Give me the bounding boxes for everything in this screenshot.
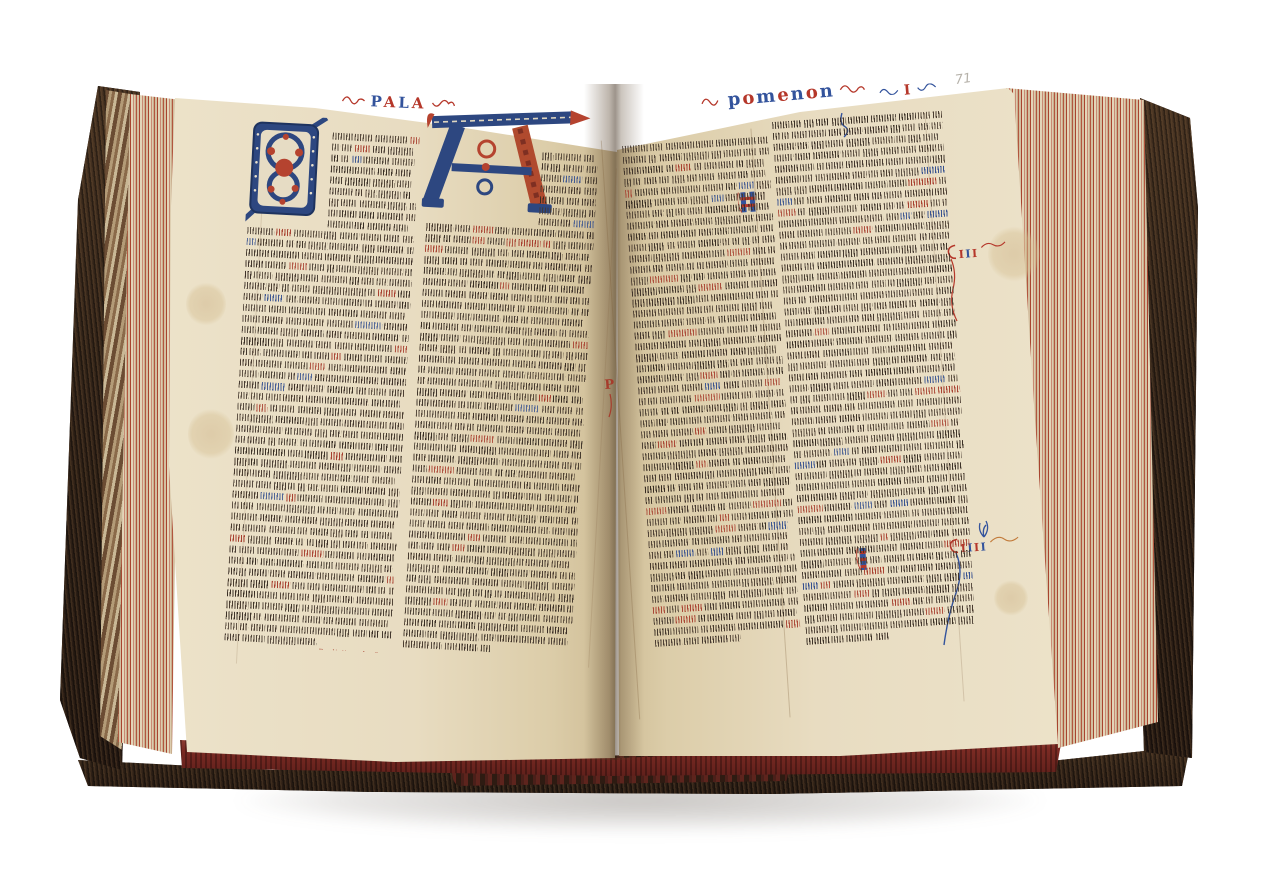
word-strokes: [336, 550, 354, 559]
word-strokes: [450, 500, 459, 509]
word-strokes: [929, 264, 952, 272]
letter: P: [370, 92, 384, 111]
word-strokes: [765, 587, 784, 595]
word-strokes: [658, 440, 677, 448]
word-strokes: [342, 155, 350, 162]
word-strokes: [297, 483, 305, 492]
word-strokes: [328, 309, 340, 316]
word-strokes: [623, 167, 640, 175]
word-strokes: [437, 532, 465, 540]
word-strokes: [574, 496, 580, 503]
word-strokes: [269, 305, 286, 313]
word-strokes: [322, 584, 347, 592]
word-strokes: [805, 471, 827, 479]
word-strokes: [691, 195, 710, 205]
word-strokes: [827, 172, 850, 180]
word-strokes: [444, 477, 456, 484]
word-strokes: [787, 351, 802, 359]
blue-penwork-flourish-icon: [916, 82, 937, 92]
word-strokes: [416, 410, 425, 417]
word-strokes: [723, 381, 739, 389]
word-strokes: [799, 527, 813, 535]
letter: I: [903, 82, 912, 99]
word-strokes: [852, 171, 866, 179]
word-strokes: [288, 372, 295, 379]
word-strokes: [528, 306, 548, 314]
word-strokes: [883, 324, 890, 331]
word-strokes: [730, 258, 749, 268]
word-strokes: [340, 210, 357, 218]
word-strokes: [853, 347, 869, 355]
word-strokes: [667, 362, 692, 370]
word-strokes: [510, 261, 531, 269]
word-strokes: [841, 270, 866, 278]
word-strokes: [794, 197, 804, 204]
word-strokes: [420, 333, 439, 342]
word-strokes: [519, 239, 541, 247]
word-strokes: [506, 426, 525, 434]
word-strokes: [570, 297, 580, 304]
word-strokes: [280, 592, 295, 600]
word-strokes: [513, 392, 536, 402]
word-strokes: [828, 525, 842, 533]
word-strokes: [710, 547, 724, 556]
word-strokes: [722, 392, 740, 400]
word-strokes: [730, 270, 746, 278]
word-strokes: [540, 516, 554, 524]
word-strokes: [740, 402, 749, 411]
word-strokes: [467, 423, 474, 430]
word-strokes: [872, 589, 880, 598]
word-strokes: [455, 610, 482, 620]
word-strokes: [376, 278, 387, 285]
word-strokes: [797, 284, 825, 293]
word-strokes: [944, 352, 956, 361]
word-strokes: [432, 565, 440, 574]
word-strokes: [556, 517, 569, 525]
word-strokes: [287, 339, 314, 347]
word-strokes: [418, 366, 426, 374]
word-strokes: [411, 486, 425, 495]
word-strokes: [715, 304, 739, 312]
word-strokes: [443, 257, 458, 265]
word-strokes: [242, 315, 260, 323]
word-strokes: [654, 628, 671, 636]
word-strokes: [676, 549, 695, 557]
word-strokes: [511, 227, 531, 236]
word-strokes: [444, 643, 456, 650]
word-strokes: [409, 203, 416, 210]
word-strokes: [715, 138, 735, 146]
word-strokes: [888, 388, 898, 397]
word-strokes: [311, 605, 339, 615]
word-strokes: [531, 317, 559, 325]
word-strokes: [422, 542, 435, 550]
word-strokes: [251, 580, 269, 589]
word-strokes: [306, 417, 318, 426]
word-strokes: [694, 162, 703, 171]
word-strokes: [316, 341, 332, 349]
word-strokes: [292, 284, 310, 292]
word-strokes: [901, 353, 928, 363]
word-strokes: [410, 136, 420, 145]
word-strokes: [396, 168, 412, 177]
word-strokes: [279, 625, 307, 633]
word-strokes: [799, 296, 807, 303]
word-strokes: [887, 566, 898, 574]
word-strokes: [336, 617, 357, 625]
word-strokes: [428, 366, 453, 374]
word-strokes: [511, 283, 531, 291]
word-strokes: [345, 177, 370, 187]
word-strokes: [704, 305, 713, 312]
word-strokes: [637, 375, 662, 383]
word-strokes: [556, 296, 568, 303]
word-strokes: [289, 306, 314, 314]
word-strokes: [297, 494, 322, 502]
word-strokes: [929, 342, 953, 350]
word-strokes: [687, 174, 697, 181]
word-strokes: [887, 577, 899, 585]
word-strokes: [847, 458, 857, 465]
word-strokes: [742, 367, 765, 377]
word-strokes: [534, 229, 556, 237]
word-strokes: [788, 597, 799, 605]
word-strokes: [801, 560, 824, 570]
word-strokes: [671, 428, 693, 436]
word-strokes: [653, 605, 665, 614]
word-strokes: [514, 602, 536, 610]
word-strokes: [719, 514, 729, 521]
word-strokes: [672, 185, 700, 194]
word-strokes: [285, 604, 299, 613]
word-strokes: [762, 598, 786, 606]
word-strokes: [654, 252, 680, 262]
word-strokes: [898, 377, 922, 385]
word-strokes: [527, 371, 555, 381]
word-strokes: [561, 218, 571, 227]
word-strokes: [303, 318, 324, 326]
word-strokes: [805, 261, 816, 270]
word-strokes: [765, 610, 774, 617]
word-strokes: [716, 469, 736, 477]
word-strokes: [863, 148, 880, 157]
word-strokes: [762, 544, 778, 552]
word-strokes: [931, 122, 943, 130]
word-strokes: [582, 309, 590, 316]
word-strokes: [733, 458, 741, 465]
word-strokes: [790, 553, 796, 560]
word-strokes: [791, 120, 801, 127]
word-strokes: [846, 545, 874, 554]
word-strokes: [626, 209, 650, 219]
word-strokes: [508, 613, 517, 622]
word-strokes: [240, 348, 247, 356]
word-strokes: [224, 633, 240, 641]
word-strokes: [803, 582, 819, 590]
word-strokes: [777, 197, 792, 206]
word-strokes: [948, 374, 957, 381]
word-strokes: [285, 350, 299, 358]
word-strokes: [844, 425, 854, 432]
word-strokes: [306, 539, 313, 546]
word-strokes: [668, 505, 689, 513]
word-strokes: [294, 229, 322, 237]
word-strokes: [310, 362, 326, 371]
word-strokes: [963, 572, 973, 579]
word-strokes: [962, 517, 969, 524]
word-strokes: [527, 251, 550, 259]
word-strokes: [907, 200, 928, 208]
word-strokes: [314, 429, 327, 438]
word-strokes: [877, 257, 903, 266]
word-strokes: [261, 492, 284, 500]
word-strokes: [560, 572, 567, 579]
word-strokes: [369, 630, 379, 637]
word-strokes: [483, 380, 493, 387]
word-strokes: [687, 262, 694, 269]
word-strokes: [928, 486, 940, 495]
word-strokes: [647, 297, 675, 307]
word-strokes: [920, 243, 938, 251]
word-strokes: [738, 171, 748, 178]
word-strokes: [781, 253, 799, 261]
word-strokes: [907, 420, 929, 428]
word-strokes: [865, 368, 891, 377]
word-strokes: [267, 636, 295, 646]
word-strokes: [901, 576, 910, 583]
word-strokes: [477, 336, 505, 346]
word-strokes: [475, 325, 503, 333]
word-strokes: [231, 512, 258, 520]
word-strokes: [796, 482, 819, 492]
word-strokes: [742, 379, 763, 387]
word-strokes: [839, 491, 855, 500]
word-strokes: [788, 363, 799, 372]
word-strokes: [232, 490, 258, 498]
word-strokes: [493, 491, 500, 500]
word-strokes: [308, 241, 327, 250]
word-strokes: [865, 125, 888, 133]
word-strokes: [384, 466, 402, 474]
word-strokes: [838, 237, 860, 245]
word-strokes: [361, 233, 382, 241]
word-strokes: [309, 440, 321, 447]
word-strokes: [329, 242, 338, 249]
word-strokes: [648, 540, 660, 548]
word-strokes: [228, 567, 237, 575]
word-strokes: [426, 508, 439, 517]
word-strokes: [854, 500, 873, 510]
word-strokes: [809, 217, 837, 226]
word-strokes: [381, 631, 391, 638]
word-strokes: [322, 297, 339, 305]
word-strokes: [239, 370, 258, 378]
word-strokes: [815, 174, 824, 181]
word-strokes: [713, 591, 727, 600]
word-strokes: [648, 397, 657, 404]
word-strokes: [326, 330, 342, 338]
word-strokes: [826, 161, 843, 169]
word-strokes: [458, 379, 480, 387]
word-strokes: [522, 327, 532, 336]
word-strokes: [725, 281, 749, 289]
word-strokes: [587, 232, 595, 239]
word-strokes: [437, 543, 450, 551]
word-strokes: [321, 275, 347, 283]
word-strokes: [755, 389, 774, 397]
word-strokes: [816, 118, 829, 126]
word-strokes: [460, 511, 481, 519]
word-strokes: [706, 404, 721, 412]
word-strokes: [486, 259, 508, 267]
word-strokes: [731, 224, 758, 234]
word-strokes: [803, 592, 828, 600]
word-strokes: [938, 275, 953, 283]
word-strokes: [565, 253, 579, 261]
word-strokes: [441, 345, 457, 354]
word-strokes: [890, 411, 897, 418]
word-strokes: [408, 541, 419, 548]
word-strokes: [341, 298, 363, 306]
word-strokes: [798, 229, 823, 237]
word-strokes: [534, 482, 559, 490]
word-strokes: [531, 570, 557, 578]
word-strokes: [249, 568, 268, 576]
word-strokes: [673, 626, 698, 634]
word-strokes: [467, 545, 485, 553]
word-strokes: [870, 555, 882, 564]
letter: I: [980, 540, 988, 553]
word-strokes: [672, 175, 686, 184]
word-strokes: [741, 589, 764, 599]
word-strokes: [332, 132, 352, 140]
word-strokes: [499, 602, 512, 610]
word-strokes: [268, 283, 279, 292]
word-strokes: [336, 265, 356, 273]
word-strokes: [775, 466, 790, 474]
word-strokes: [890, 125, 901, 134]
word-strokes: [829, 458, 845, 467]
word-strokes: [698, 228, 712, 236]
word-strokes: [575, 463, 581, 470]
word-strokes: [472, 588, 482, 597]
word-strokes: [884, 191, 902, 199]
blue-penwork-flourish-icon: [878, 86, 899, 96]
word-strokes: [346, 453, 374, 461]
pencil-folio-number: 71: [954, 71, 972, 88]
word-strokes: [923, 309, 942, 317]
word-strokes: [723, 149, 741, 157]
word-strokes: [283, 394, 303, 402]
word-strokes: [648, 529, 665, 537]
word-strokes: [371, 399, 383, 406]
red-penwork-flourish-icon: [989, 533, 1020, 549]
word-strokes: [744, 148, 757, 156]
word-strokes: [229, 545, 237, 552]
word-strokes: [646, 507, 666, 515]
word-strokes: [815, 526, 826, 535]
word-strokes: [783, 286, 795, 294]
word-strokes: [545, 494, 555, 501]
word-strokes: [722, 238, 730, 245]
word-strokes: [936, 286, 954, 295]
word-strokes: [340, 232, 359, 240]
word-strokes: [345, 519, 369, 527]
word-strokes: [914, 409, 927, 418]
word-strokes: [568, 374, 587, 382]
word-strokes: [489, 303, 515, 311]
word-strokes: [827, 315, 847, 323]
word-strokes: [717, 359, 729, 368]
word-strokes: [649, 242, 666, 251]
word-strokes: [512, 481, 521, 488]
word-strokes: [361, 310, 387, 318]
word-strokes: [840, 622, 863, 632]
word-strokes: [455, 423, 465, 430]
word-strokes: [902, 245, 919, 254]
word-strokes: [660, 352, 679, 360]
word-strokes: [448, 279, 467, 287]
word-strokes: [449, 577, 470, 585]
word-strokes: [846, 634, 863, 642]
word-strokes: [358, 508, 386, 516]
word-strokes: [928, 408, 945, 416]
word-strokes: [834, 448, 850, 456]
red-margin-letter: P: [604, 377, 615, 393]
word-strokes: [366, 585, 376, 594]
word-strokes: [344, 331, 370, 339]
word-strokes: [913, 597, 924, 605]
word-strokes: [571, 517, 578, 524]
word-strokes: [232, 501, 239, 509]
word-strokes: [386, 400, 400, 408]
word-strokes: [503, 348, 529, 356]
word-strokes: [390, 444, 402, 451]
word-strokes: [740, 490, 758, 498]
word-strokes: [650, 573, 674, 583]
word-strokes: [912, 321, 930, 329]
word-strokes: [483, 535, 507, 543]
word-strokes: [403, 629, 425, 638]
word-strokes: [297, 637, 316, 645]
word-strokes: [279, 405, 295, 413]
word-strokes: [452, 544, 464, 551]
word-strokes: [263, 426, 282, 434]
word-strokes: [756, 291, 768, 299]
word-strokes: [696, 262, 703, 269]
word-strokes: [821, 581, 831, 588]
word-strokes: [302, 351, 312, 358]
word-strokes: [384, 234, 400, 243]
word-strokes: [550, 307, 569, 315]
word-strokes: [715, 227, 729, 235]
word-strokes: [323, 617, 333, 624]
word-strokes: [706, 260, 728, 268]
word-strokes: [650, 562, 668, 570]
word-strokes: [679, 395, 692, 403]
word-strokes: [793, 439, 818, 447]
word-strokes: [240, 359, 254, 367]
word-strokes: [328, 364, 342, 372]
word-strokes: [327, 595, 341, 603]
word-strokes: [495, 381, 518, 391]
blue-sprout-flourish-icon: [976, 516, 992, 538]
word-strokes: [942, 363, 954, 371]
word-strokes: [516, 558, 523, 565]
word-strokes: [426, 223, 453, 233]
word-strokes: [569, 572, 575, 579]
